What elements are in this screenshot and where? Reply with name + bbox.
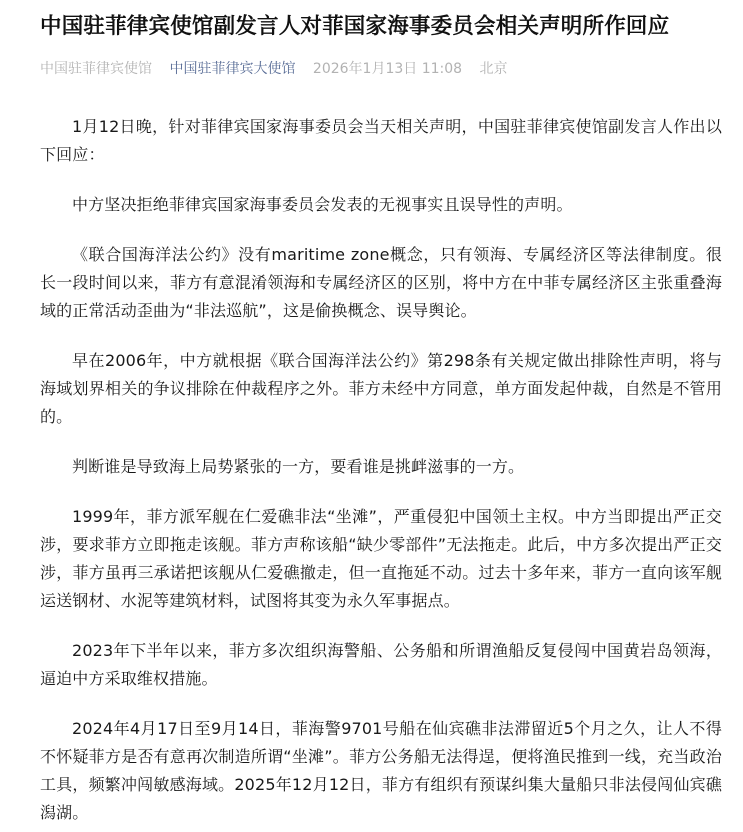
paragraph: 2024年4月17日至9月14日，菲海警9701号船在仙宾礁非法滞留近5个月之久…	[40, 715, 722, 827]
paragraph: 中方坚决拒绝菲律宾国家海事委员会发表的无视事实且误导性的声明。	[40, 191, 722, 219]
paragraph: 早在2006年，中方就根据《联合国海洋法公约》第298条有关规定做出排除性声明，…	[40, 347, 722, 431]
article-title: 中国驻菲律宾使馆副发言人对菲国家海事委员会相关声明所作回应	[40, 10, 722, 44]
account-name-link[interactable]: 中国驻菲律宾大使馆	[169, 61, 295, 77]
paragraph: 判断谁是导致海上局势紧张的一方，要看谁是挑衅滋事的一方。	[40, 453, 722, 481]
publish-location: 北京	[480, 61, 508, 77]
article-meta: 中国驻菲律宾使馆 中国驻菲律宾大使馆 2026年1月13日 11:08 北京	[40, 59, 722, 79]
paragraph: 1999年，菲方派军舰在仁爱礁非法“坐滩”，严重侵犯中国领土主权。中方当即提出严…	[40, 503, 722, 615]
article: 中国驻菲律宾使馆副发言人对菲国家海事委员会相关声明所作回应 中国驻菲律宾使馆 中…	[0, 0, 743, 827]
article-content: 1月12日晚，针对菲律宾国家海事委员会当天相关声明，中国驻菲律宾使馆副发言人作出…	[40, 113, 722, 827]
paragraph: 《联合国海洋法公约》没有maritime zone概念，只有领海、专属经济区等法…	[40, 241, 722, 325]
article-author: 中国驻菲律宾使馆	[40, 61, 152, 77]
paragraph: 1月12日晚，针对菲律宾国家海事委员会当天相关声明，中国驻菲律宾使馆副发言人作出…	[40, 113, 722, 169]
publish-time: 2026年1月13日 11:08	[313, 61, 462, 77]
paragraph: 2023年下半年以来，菲方多次组织海警船、公务船和所谓渔船反复侵闯中国黄岩岛领海…	[40, 637, 722, 693]
